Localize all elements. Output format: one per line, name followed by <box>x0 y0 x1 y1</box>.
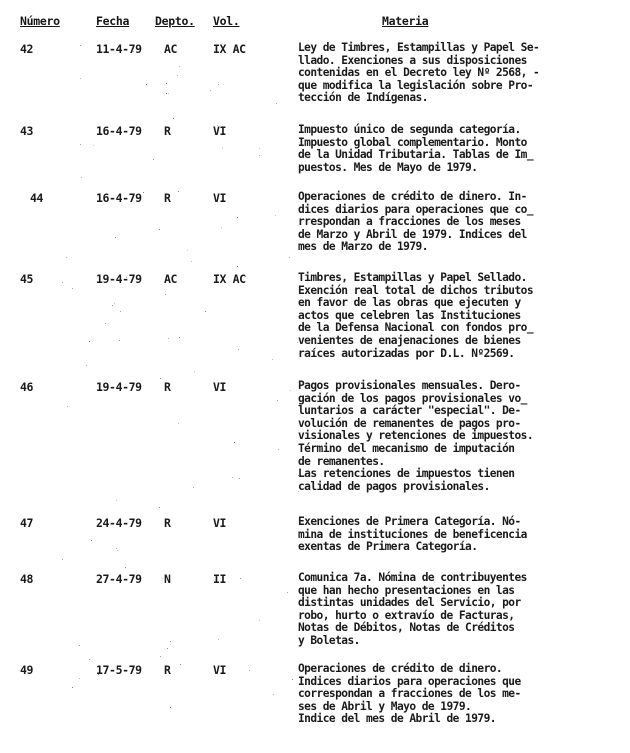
subject-line: puestos. Mes de Mayo de 1979. <box>298 162 628 175</box>
document-page: Número Fecha Depto. Vol. Materia 4211-4-… <box>0 0 630 753</box>
header-materia: Materia <box>382 14 428 28</box>
scan-speck <box>89 659 90 660</box>
scan-speck <box>179 66 180 67</box>
scan-speck <box>166 93 167 94</box>
scan-speck <box>187 250 188 251</box>
scan-speck <box>98 674 99 675</box>
scan-speck <box>72 288 73 289</box>
scan-speck <box>173 118 174 119</box>
subject-line: rrespondan a fracciones de los meses <box>298 216 628 229</box>
scan-speck <box>298 475 299 476</box>
scan-speck <box>298 491 299 492</box>
subject-line: Comunica 7a. Nómina de contribuyentes <box>298 572 628 585</box>
entry-department: R <box>164 124 171 138</box>
scan-speck <box>112 305 113 306</box>
subject-line: distintas unidades del Servicio, por <box>298 597 628 610</box>
scan-speck <box>276 103 277 104</box>
scan-speck <box>105 323 106 324</box>
subject-line: Las retenciones de impuestos tienen <box>298 468 628 481</box>
entry-subject: Comunica 7a. Nómina de contribuyentesque… <box>298 572 628 648</box>
entry-volume: IX AC <box>213 272 246 286</box>
subject-line: tección de Indígenas. <box>298 92 628 105</box>
scan-speck <box>114 303 115 304</box>
scan-speck <box>166 83 167 84</box>
scan-speck <box>278 449 279 450</box>
subject-line: Impuesto único de segunda categoría. <box>298 124 628 137</box>
subject-line: venientes de enajenaciones de bienes <box>298 335 628 348</box>
scan-speck <box>79 678 80 679</box>
scan-speck <box>153 159 154 160</box>
scan-speck <box>133 51 134 52</box>
entry-subject: Exenciones de Primera Categoría. Nó-mina… <box>298 516 628 554</box>
subject-line: Exenciones de Primera Categoría. Nó- <box>298 516 628 529</box>
scan-speck <box>191 261 192 262</box>
scan-speck <box>117 550 118 551</box>
entry-department: R <box>164 191 171 205</box>
scan-speck <box>93 145 94 146</box>
scan-speck <box>217 125 218 126</box>
entry-number: 44 <box>30 191 43 205</box>
subject-line: luntarios a carácter "especial". De- <box>298 405 628 418</box>
scan-speck <box>275 215 276 216</box>
entry-date: 24-4-79 <box>96 516 142 530</box>
scan-speck <box>240 578 241 579</box>
scan-speck <box>237 266 238 267</box>
scan-speck <box>234 442 235 443</box>
subject-line: Pagos provisionales mensuales. Dero- <box>298 380 628 393</box>
scan-speck <box>259 620 260 621</box>
scan-speck <box>289 257 290 258</box>
entry-number: 46 <box>20 380 33 394</box>
entry-department: R <box>164 663 171 677</box>
scan-speck <box>146 84 147 85</box>
scan-speck <box>91 540 92 541</box>
entry-volume: VI <box>213 516 226 530</box>
scan-speck <box>239 478 240 479</box>
scan-speck <box>86 365 87 366</box>
scan-speck <box>80 45 81 46</box>
entry-number: 48 <box>20 572 33 586</box>
entry-number: 42 <box>20 42 33 56</box>
entry-volume: VI <box>213 124 226 138</box>
scan-speck <box>178 191 179 192</box>
subject-line: correspondan a fracciones de los me- <box>298 688 628 701</box>
scan-speck <box>259 155 260 156</box>
entry-department: N <box>164 572 171 586</box>
scan-speck <box>193 487 194 488</box>
entry-number: 49 <box>20 663 33 677</box>
entry-date: 19-4-79 <box>96 272 142 286</box>
scan-speck <box>89 341 90 342</box>
scan-speck <box>160 378 161 379</box>
scan-speck <box>273 694 274 695</box>
scan-speck <box>259 148 260 149</box>
scan-speck <box>245 276 246 277</box>
scan-speck <box>232 477 233 478</box>
entry-volume: VI <box>213 663 226 677</box>
entry-subject: Timbres, Estampillas y Papel Sellado.Exe… <box>298 272 628 360</box>
scan-speck <box>125 567 126 568</box>
scan-speck <box>180 664 181 665</box>
scan-speck <box>120 311 121 312</box>
entry-department: AC <box>164 42 177 56</box>
scan-speck <box>194 371 195 372</box>
entry-number: 43 <box>20 124 33 138</box>
scan-speck <box>80 78 81 79</box>
subject-line: calidad de pagos provisionales. <box>298 481 628 494</box>
scan-speck <box>165 294 166 295</box>
scan-speck <box>249 670 250 671</box>
entry-subject: Impuesto único de segunda categoría.Impu… <box>298 124 628 174</box>
entry-subject: Operaciones de crédito de dinero.Indices… <box>298 663 628 726</box>
scan-speck <box>221 227 222 228</box>
scan-speck <box>80 144 81 145</box>
entry-date: 27-4-79 <box>96 572 142 586</box>
scan-speck <box>177 75 178 76</box>
subject-line: Timbres, Estampillas y Papel Sellado. <box>298 272 628 285</box>
header-numero: Número <box>20 14 60 28</box>
scan-speck <box>62 282 63 283</box>
subject-line: contenidas en el Decreto ley Nº 2568, - <box>298 67 628 80</box>
scan-speck <box>179 337 180 338</box>
entry-volume: IX AC <box>213 42 246 56</box>
subject-line: y Boletas. <box>298 635 628 648</box>
scan-speck <box>116 500 117 501</box>
entry-department: AC <box>164 272 177 286</box>
entry-number: 47 <box>20 516 33 530</box>
scan-speck <box>170 641 171 642</box>
scan-speck <box>126 277 127 278</box>
scan-speck <box>218 84 219 85</box>
entry-date: 19-4-79 <box>96 380 142 394</box>
subject-line: en favor de las obras que ejecuten y <box>298 297 628 310</box>
subject-line: Indice del mes de Abril de 1979. <box>298 713 628 726</box>
scan-speck <box>297 342 298 343</box>
subject-line: Ley de Timbres, Estampillas y Papel Se- <box>298 42 628 55</box>
scan-speck <box>237 217 238 218</box>
entry-department: R <box>164 516 171 530</box>
scan-speck <box>97 525 98 526</box>
header-vol: Vol. <box>213 14 240 28</box>
scan-speck <box>272 359 273 360</box>
scan-speck <box>143 192 144 193</box>
scan-speck <box>205 311 206 312</box>
entry-date: 11-4-79 <box>96 42 142 56</box>
scan-speck <box>115 237 116 238</box>
scan-speck <box>66 257 67 258</box>
scan-speck <box>139 49 140 50</box>
scan-speck <box>222 148 223 149</box>
scan-speck <box>81 177 82 178</box>
scan-speck <box>159 229 160 230</box>
entry-number: 45 <box>20 272 33 286</box>
subject-line: mes de Marzo de 1979. <box>298 241 628 254</box>
entry-date: 16-4-79 <box>96 191 142 205</box>
scan-speck <box>292 679 293 680</box>
scan-speck <box>79 645 80 646</box>
entry-date: 17-5-79 <box>96 663 142 677</box>
scan-speck <box>167 648 168 649</box>
subject-line: raíces autorizadas por D.L. Nº2569. <box>298 348 628 361</box>
subject-line: Operaciones de crédito de dinero. <box>298 663 628 676</box>
entry-department: R <box>164 380 171 394</box>
scan-speck <box>168 93 169 94</box>
entry-volume: VI <box>213 380 226 394</box>
subject-line: Operaciones de crédito de dinero. In- <box>298 191 628 204</box>
scan-speck <box>62 559 63 560</box>
subject-line: Término del mecanismo de imputación <box>298 443 628 456</box>
scan-speck <box>238 349 239 350</box>
scan-speck <box>168 338 169 339</box>
subject-line: de la Unidad Tributaria. Tablas de Im_ <box>298 149 628 162</box>
scan-speck <box>178 423 179 424</box>
header-fecha: Fecha <box>96 14 129 28</box>
scan-speck <box>159 507 160 508</box>
scan-speck <box>119 340 120 341</box>
scan-speck <box>287 592 288 593</box>
scan-speck <box>290 390 291 391</box>
scan-speck <box>116 548 117 549</box>
scan-speck <box>277 400 278 401</box>
scan-speck <box>67 406 68 407</box>
scan-speck <box>170 707 171 708</box>
scan-speck <box>160 656 161 657</box>
subject-line: exentas de Primera Categoría. <box>298 541 628 554</box>
entry-subject: Pagos provisionales mensuales. Dero-gaci… <box>298 380 628 493</box>
entry-volume: VI <box>213 191 226 205</box>
scan-speck <box>210 90 211 91</box>
header-depto: Depto. <box>155 14 195 28</box>
scan-speck <box>72 687 73 688</box>
entry-subject: Ley de Timbres, Estampillas y Papel Se-l… <box>298 42 628 105</box>
entry-subject: Operaciones de crédito de dinero. In-dic… <box>298 191 628 254</box>
entry-volume: II <box>213 572 226 586</box>
entry-date: 16-4-79 <box>96 124 142 138</box>
scan-speck <box>218 639 219 640</box>
